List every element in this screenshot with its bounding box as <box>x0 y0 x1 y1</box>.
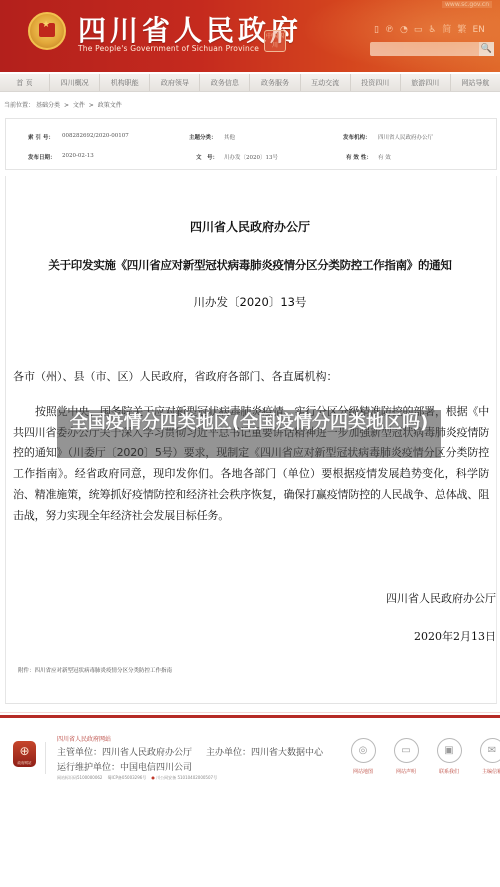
footer-link-statement[interactable]: ▭ 网站声明 <box>392 738 420 775</box>
breadcrumb: 当前位置：基础分类 > 文件 > 政策文件 <box>4 100 124 109</box>
header-toolbar: ▯ ℗ ◔ ▭ ♿ 简 繁 EN <box>374 25 485 35</box>
footer-link-label: 网站声明 <box>392 768 420 775</box>
document-meta-box: 索 引 号： 008282692/2020-00107 主题分类： 其他 发布机… <box>5 118 497 170</box>
search-input[interactable] <box>370 42 488 56</box>
nav-item-info[interactable]: 政务信息 <box>200 74 250 91</box>
search-icon: 🔍 <box>481 44 492 54</box>
breadcrumb-separator: > <box>87 102 96 109</box>
nav-item-leaders[interactable]: 政府领导 <box>150 74 200 91</box>
monitor-icon: ▭ <box>394 738 419 763</box>
footer-link-mailbox[interactable]: ✉ 主编信箱 <box>478 738 500 775</box>
footer-link-contact[interactable]: ▣ 联系我们 <box>435 738 463 775</box>
lang-english-link[interactable]: EN <box>472 25 484 35</box>
footer-links: ◎ 网站地图 ▭ 网站声明 ▣ 联系我们 ✉ 主编信箱 <box>349 738 500 775</box>
footer-police[interactable]: 川公网安备 51010402000507号 <box>156 775 217 780</box>
caption-overlay-text: 全国疫情分四类地区(全国疫情分四类地区吗) <box>57 411 441 434</box>
nav-item-services[interactable]: 政务服务 <box>250 74 300 91</box>
breadcrumb-item-category[interactable]: 基础分类 <box>36 102 60 109</box>
accessibility-icon[interactable]: ♿ <box>428 25 436 35</box>
validity-label: 有 效 性： <box>346 153 372 161</box>
mobile-icon[interactable]: ▯ <box>374 25 379 35</box>
footer-operator: 运行维护单位：中国电信四川公司 <box>57 760 192 773</box>
document-salutation: 各市（州）、县（市、区）人民政府，省政府各部门、各直属机构： <box>13 368 338 384</box>
site-header: 四川省人民政府 The People's Government of Sichu… <box>0 0 500 72</box>
footer-host: 主办单位：四川省大数据中心 <box>206 748 323 758</box>
footer-link-sitemap[interactable]: ◎ 网站地图 <box>349 738 377 775</box>
footer-link-label: 主编信箱 <box>478 768 500 775</box>
map-pin-icon: ◎ <box>351 738 376 763</box>
gov-website-logo-icon[interactable]: ⊕政府网站 <box>13 741 36 767</box>
chat-icon: ▣ <box>437 738 462 763</box>
lang-simplified-link[interactable]: 简 <box>442 25 451 35</box>
date-label: 发布日期： <box>28 153 56 161</box>
validity-value: 有 效 <box>378 153 391 161</box>
document-issuer: 四川省人民政府办公厅 <box>0 218 500 235</box>
doc-no-label: 文 号： <box>196 153 218 161</box>
publisher-label: 发布机构： <box>343 133 371 141</box>
nav-item-interaction[interactable]: 互动交流 <box>301 74 351 91</box>
breadcrumb-item-files[interactable]: 文件 <box>73 102 85 109</box>
site-subtitle: The People's Government of Sichuan Provi… <box>78 44 259 53</box>
document-signature-date: 2020年2月13日 <box>414 628 496 644</box>
index-label: 索 引 号： <box>28 133 54 141</box>
main-nav: 首 页 四川概况 机构职能 政府领导 政务信息 政务服务 互动交流 投资四川 旅… <box>0 74 500 92</box>
breadcrumb-prefix: 当前位置： <box>4 102 34 109</box>
footer-divider <box>0 715 500 718</box>
weibo-icon[interactable]: ℗ <box>385 25 394 35</box>
footer-site-code: 网站标识码5100000062 <box>57 775 102 780</box>
attachment-link[interactable]: 附件：四川省应对新型冠状病毒肺炎疫情分区分类防控工作指南 <box>18 666 172 674</box>
document-number: 川办发〔2020〕13号 <box>0 294 500 310</box>
nav-item-tourism[interactable]: 旅游四川 <box>401 74 451 91</box>
footer-icp[interactable]: 蜀ICP备05003296号 <box>108 775 147 780</box>
footer-link-label: 网站地图 <box>349 768 377 775</box>
mail-icon: ✉ <box>480 738 500 763</box>
document-title: 关于印发实施《四川省应对新型冠状病毒肺炎疫情分区分类防控工作指南》的通知 <box>0 257 500 273</box>
search-button[interactable]: 🔍 <box>479 42 494 56</box>
date-value: 2020-02-13 <box>62 153 94 159</box>
footer-vertical-divider <box>45 742 46 774</box>
doc-no-value: 川办发〔2020〕13号 <box>224 153 278 161</box>
logo-caption: 政府网站 <box>13 761 36 765</box>
footer-supervisor: 主管单位：四川省人民政府办公厅 <box>57 748 192 758</box>
breadcrumb-separator: > <box>62 102 71 109</box>
topic-value: 其他 <box>224 133 235 141</box>
police-badge-icon: ● <box>151 775 155 780</box>
message-icon[interactable]: ▭ <box>414 25 423 35</box>
nav-item-home[interactable]: 首 页 <box>0 74 50 91</box>
lang-traditional-link[interactable]: 繁 <box>457 25 466 35</box>
nav-item-overview[interactable]: 四川概况 <box>50 74 100 91</box>
topic-label: 主题分类： <box>189 133 217 141</box>
footer-site-name: 四川省人民政府网站 <box>57 734 111 743</box>
nav-item-invest[interactable]: 投资四川 <box>351 74 401 91</box>
rss-icon[interactable]: ◔ <box>400 25 408 35</box>
index-value: 008282692/2020-00107 <box>62 133 129 139</box>
footer-supervisor-host: 主管单位：四川省人民政府办公厅主办单位：四川省大数据中心 <box>57 745 323 758</box>
document-signature-org: 四川省人民政府办公厅 <box>386 590 496 606</box>
top-link[interactable]: www.sc.gov.cn <box>442 1 492 8</box>
national-emblem-icon <box>28 12 66 50</box>
footer-divider-light <box>0 712 500 713</box>
seal-icon: 中国四川 <box>264 30 286 52</box>
nav-item-sitemap[interactable]: 网站导航 <box>451 74 500 91</box>
breadcrumb-item-policy[interactable]: 政策文件 <box>98 102 122 109</box>
publisher-value: 四川省人民政府办公厅 <box>378 133 433 141</box>
footer-link-label: 联系我们 <box>435 768 463 775</box>
nav-item-functions[interactable]: 机构职能 <box>100 74 150 91</box>
footer-registration: 网站标识码5100000062 蜀ICP备05003296号 ● 川公网安备 5… <box>57 775 217 781</box>
